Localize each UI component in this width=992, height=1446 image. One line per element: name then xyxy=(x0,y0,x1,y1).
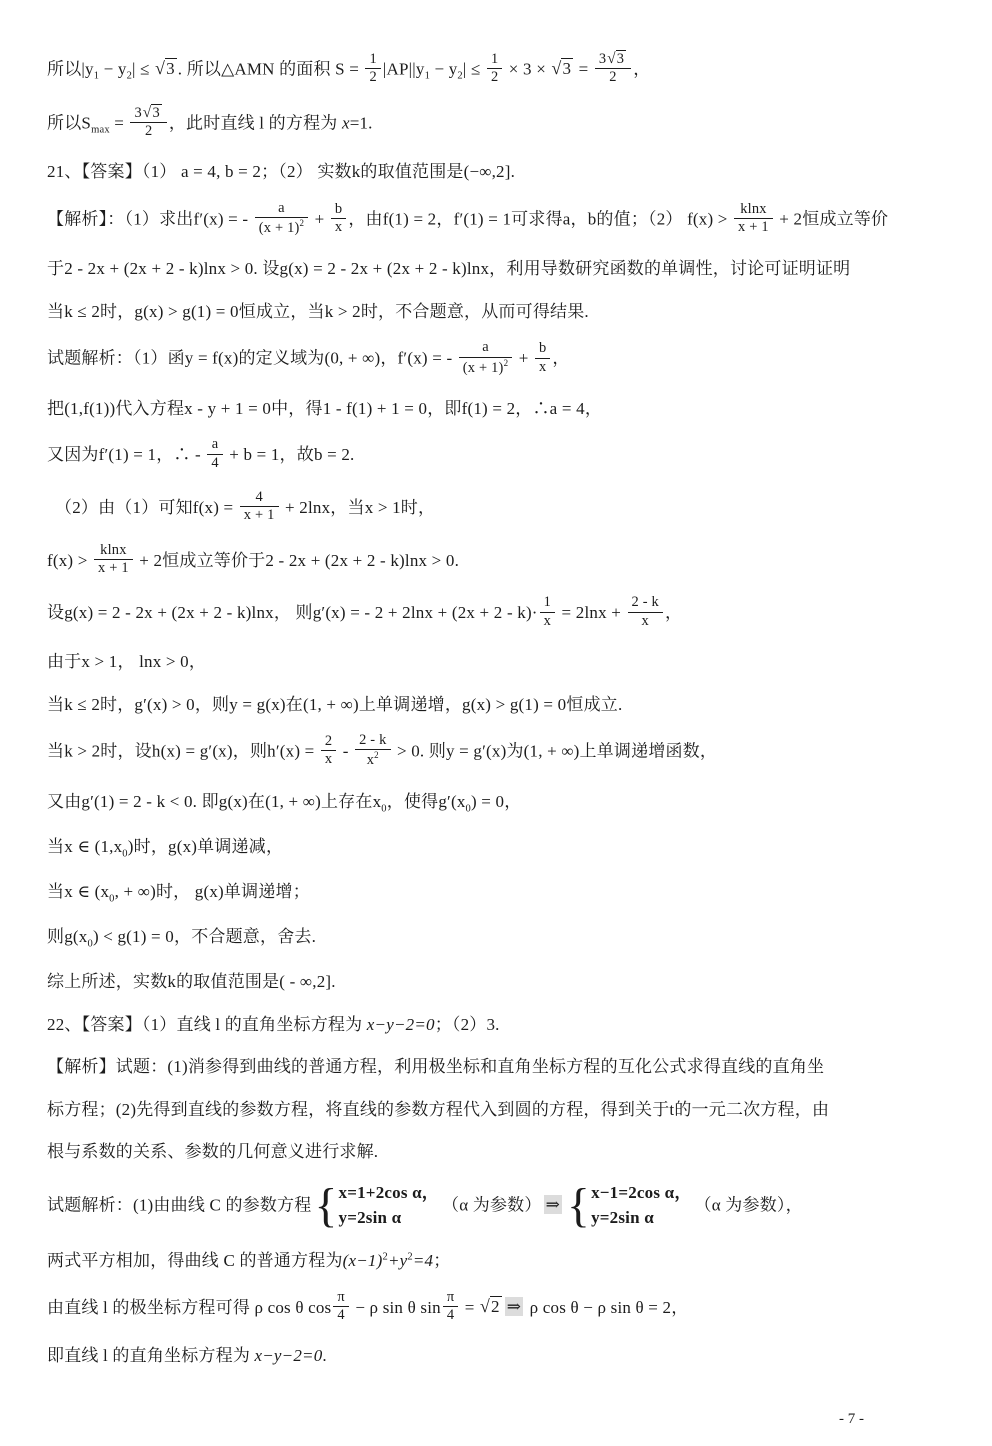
fraction: 1x xyxy=(540,594,555,630)
square-root: √3 xyxy=(551,55,573,82)
text-line: 即直线 l 的直角坐标方程为 x−y−2=0. xyxy=(47,1343,947,1369)
text-line: 【解析】：（1）求出f′(x) = - a(x + 1)2 + bx，由f(1)… xyxy=(47,202,947,240)
square-root: √3 xyxy=(155,55,177,82)
text-line: 22、【答案】（1）直线 l 的直角坐标方程为 x−y−2=0；（2）3. xyxy=(47,1012,947,1038)
text-line: 由直线 l 的极坐标方程可得 ρ cos θ cosπ4 − ρ sin θ s… xyxy=(47,1291,947,1327)
page-number: - 7 - xyxy=(839,1411,864,1428)
fraction: 12 xyxy=(487,51,502,87)
document-page: 所以|y1 − y2| ≤ √3. 所以△AMN 的面积 S = 12|AP||… xyxy=(0,0,992,1446)
text-line: 试题解析：（1）函y = f(x)的定义域为(0, + ∞)，f′(x) = -… xyxy=(47,341,947,379)
text-line: 则g(x0) < g(1) = 0，不合题意，舍去. xyxy=(47,924,947,952)
text-line: 两式平方相加，得曲线 C 的普通方程为(x−1)2+y2=4； xyxy=(47,1248,947,1274)
fraction: a(x + 1)2 xyxy=(459,339,513,377)
text-line: （2）由（1）可知f(x) = 4x + 1 + 2lnx，当x > 1时， xyxy=(47,491,947,527)
text-line: 设g(x) = 2 - 2x + (2x + 2 - k)lnx， 则g′(x)… xyxy=(47,596,947,632)
fraction: 4x + 1 xyxy=(240,489,279,525)
text-line: 由于x > 1， lnx > 0， xyxy=(47,649,947,675)
fraction: π4 xyxy=(443,1289,459,1325)
text-line: 当k ≤ 2时，g′(x) > 0，则y = g(x)在(1, + ∞)上单调递… xyxy=(47,692,947,718)
text-line: 于2 - 2x + (2x + 2 - k)lnx > 0. 设g(x) = 2… xyxy=(47,256,947,282)
text-line: 当x ∈ (1,x0)时，g(x)单调递减， xyxy=(47,834,947,862)
text-line: 当k ≤ 2时，g(x) > g(1) = 0恒成立，当k > 2时，不合题意，… xyxy=(47,299,947,325)
fraction: 2 - kx xyxy=(628,594,663,630)
text-line: 所以Smax = 3√32，此时直线 l 的方程为 x=1. xyxy=(47,106,947,143)
equation-system: {x−1=2cos α，y=2sin α xyxy=(567,1181,692,1230)
fraction: bx xyxy=(331,201,346,237)
fraction: a(x + 1)2 xyxy=(255,200,309,238)
left-brace: { xyxy=(314,1187,337,1225)
text-line: 综上所述，实数k的取值范围是( - ∞,2]. xyxy=(47,969,947,995)
fraction: a4 xyxy=(207,436,222,472)
text-line: 又由g′(1) = 2 - k < 0. 即g(x)在(1, + ∞)上存在x0… xyxy=(47,789,947,817)
fraction: π4 xyxy=(333,1289,349,1325)
fraction: klnxx + 1 xyxy=(94,542,133,578)
text-line: 标方程；(2)先得到直线的参数方程，将直线的参数方程代入到圆的方程，得到关于t的… xyxy=(47,1097,947,1123)
square-root: √2 xyxy=(480,1293,502,1320)
text-line: 又因为f′(1) = 1，∴ - a4 + b = 1，故b = 2. xyxy=(47,438,947,474)
text-line: f(x) > klnxx + 1 + 2恒成立等价于2 - 2x + (2x +… xyxy=(47,544,947,580)
fraction: 2x xyxy=(321,733,336,769)
text-line: 把(1,f(1))代入方程x - y + 1 = 0中，得1 - f(1) + … xyxy=(47,396,947,422)
fraction: 3√32 xyxy=(130,104,166,141)
implies-arrow: ⇒ xyxy=(505,1297,523,1316)
text-line: 根与系数的关系、参数的几何意义进行求解. xyxy=(47,1139,947,1165)
text-line: 所以|y1 − y2| ≤ √3. 所以△AMN 的面积 S = 12|AP||… xyxy=(47,52,947,89)
document-body: 所以|y1 − y2| ≤ √3. 所以△AMN 的面积 S = 12|AP||… xyxy=(47,52,947,1369)
fraction: 12 xyxy=(365,51,380,87)
text-line: 试题解析：(1)由曲线 C 的参数方程{x=1+2cos α，y=2sin α（… xyxy=(47,1182,947,1231)
text-line: 当k > 2时，设h(x) = g′(x)，则h′(x) = 2x - 2 - … xyxy=(47,734,947,772)
fraction: bx xyxy=(535,340,550,376)
text-line: 【解析】试题：(1)消参得到曲线的普通方程，利用极坐标和直角坐标方程的互化公式求… xyxy=(47,1054,947,1080)
fraction: 2 - kx2 xyxy=(355,732,390,770)
fraction: klnxx + 1 xyxy=(734,201,773,237)
implies-arrow: ⇒ xyxy=(544,1195,562,1214)
text-line: 21、【答案】（1） a = 4, b = 2；（2） 实数k的取值范围是(−∞… xyxy=(47,159,947,185)
equation-system: {x=1+2cos α，y=2sin α xyxy=(314,1181,439,1230)
square-root: √3 xyxy=(607,50,626,68)
square-root: √3 xyxy=(143,104,162,122)
text-line: 当x ∈ (x0, + ∞)时， g(x)单调递增； xyxy=(47,879,947,907)
left-brace: { xyxy=(567,1187,590,1225)
fraction: 3√32 xyxy=(595,50,631,87)
